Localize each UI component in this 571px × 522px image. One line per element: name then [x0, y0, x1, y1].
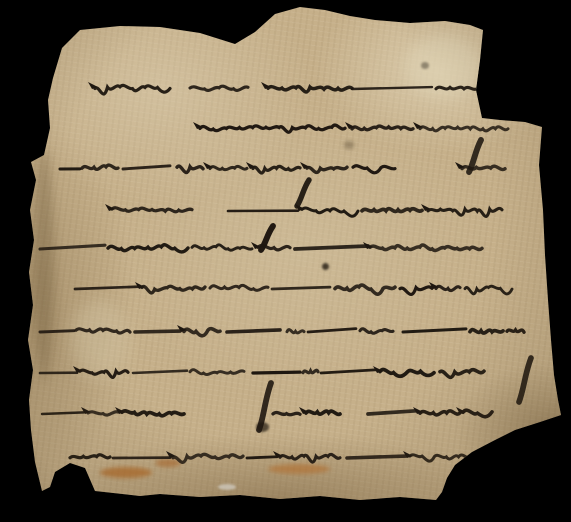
script-layer: [0, 0, 571, 522]
pen-stroke-word: [302, 208, 358, 216]
pen-stroke-dash: [403, 329, 466, 332]
pen-stroke-word: [420, 127, 508, 131]
manuscript-photo: b00589.: [0, 0, 571, 522]
pen-stroke-word: [362, 209, 422, 212]
pen-stroke-word: [76, 329, 130, 333]
pen-stroke-word: [108, 245, 188, 252]
pen-stroke-word: [462, 166, 505, 169]
pen-stroke-dash: [227, 330, 280, 332]
pen-stroke-word: [420, 411, 460, 415]
pen-stroke-word: [428, 208, 502, 216]
pen-stroke-word: [287, 330, 304, 333]
pen-stroke-word: [465, 286, 512, 294]
pen-stroke-word: [112, 208, 192, 212]
pen-stroke-word: [335, 285, 395, 294]
pen-stroke-word: [70, 455, 110, 458]
pen-stroke-word: [210, 285, 268, 290]
script-line-3: [60, 140, 505, 173]
pen-stroke-dash: [368, 411, 416, 414]
pen-stroke-dash: [42, 412, 84, 414]
pen-stroke-word: [122, 411, 184, 416]
pen-stroke-dash: [75, 287, 140, 289]
script-line-2: [193, 122, 508, 132]
pen-stroke-word: [410, 455, 495, 463]
pen-stroke-word: [142, 286, 205, 293]
pen-stroke-dash: [352, 87, 432, 89]
pen-stroke-dash: [308, 329, 356, 332]
pen-stroke-word: [470, 330, 503, 333]
pen-stroke-word: [436, 286, 460, 290]
pen-stroke-word: [380, 369, 434, 376]
manuscript-fragment: b00589.: [0, 0, 571, 522]
script-line-5: [40, 226, 482, 252]
script-line-6: [75, 282, 512, 294]
pen-stroke-dash: [40, 331, 74, 332]
pen-stroke-word: [190, 370, 244, 375]
pen-stroke-word: [436, 87, 478, 89]
pen-stroke-dash: [253, 372, 300, 373]
pen-stroke-dash: [123, 166, 170, 169]
pen-stroke-flourish: [259, 383, 271, 430]
pen-stroke-dash: [247, 457, 277, 458]
pen-stroke-word: [173, 454, 243, 462]
script-line-10: [70, 451, 495, 462]
pen-stroke-dash: [321, 370, 377, 373]
shelfmark-number: b00589.: [34, 52, 48, 128]
script-line-8: [40, 358, 531, 402]
script-line-9: [42, 383, 492, 430]
pen-stroke-word: [210, 166, 247, 169]
pen-stroke-dash: [135, 331, 180, 332]
pen-stroke-word: [184, 329, 220, 336]
pen-stroke-word: [253, 166, 300, 173]
pen-stroke-word: [273, 412, 300, 414]
pen-stroke-word: [307, 167, 347, 172]
pen-stroke-dash: [40, 245, 105, 249]
pen-stroke-word: [280, 454, 340, 462]
pen-stroke-word: [306, 411, 340, 414]
pen-stroke-word: [88, 412, 118, 415]
pen-stroke-word: [352, 126, 413, 130]
pen-stroke-word: [370, 245, 482, 250]
pen-stroke-word: [507, 330, 524, 332]
pen-stroke-word: [82, 165, 118, 169]
pen-stroke-word: [95, 85, 170, 94]
pen-stroke-dash: [347, 456, 406, 458]
pen-stroke-word: [303, 370, 318, 372]
pen-stroke-word: [200, 125, 345, 132]
pen-stroke-word: [463, 410, 492, 417]
pen-stroke-word: [353, 166, 395, 173]
pen-stroke-flourish: [297, 180, 309, 206]
pen-stroke-dash: [295, 246, 368, 249]
script-line-7: [40, 325, 524, 336]
pen-stroke-word: [360, 329, 393, 333]
pen-stroke-word: [177, 166, 203, 173]
script-line-1: [88, 82, 478, 94]
pen-stroke-dash: [272, 287, 330, 289]
script-line-4: [105, 180, 502, 216]
pen-stroke-word: [400, 287, 432, 295]
pen-stroke-word: [192, 245, 252, 250]
pen-stroke-dash: [133, 371, 187, 373]
pen-stroke-flourish: [519, 358, 531, 402]
pen-stroke-word: [190, 86, 248, 90]
pen-stroke-word: [80, 370, 128, 377]
pen-stroke-word: [440, 370, 484, 378]
pen-stroke-word: [268, 87, 352, 92]
